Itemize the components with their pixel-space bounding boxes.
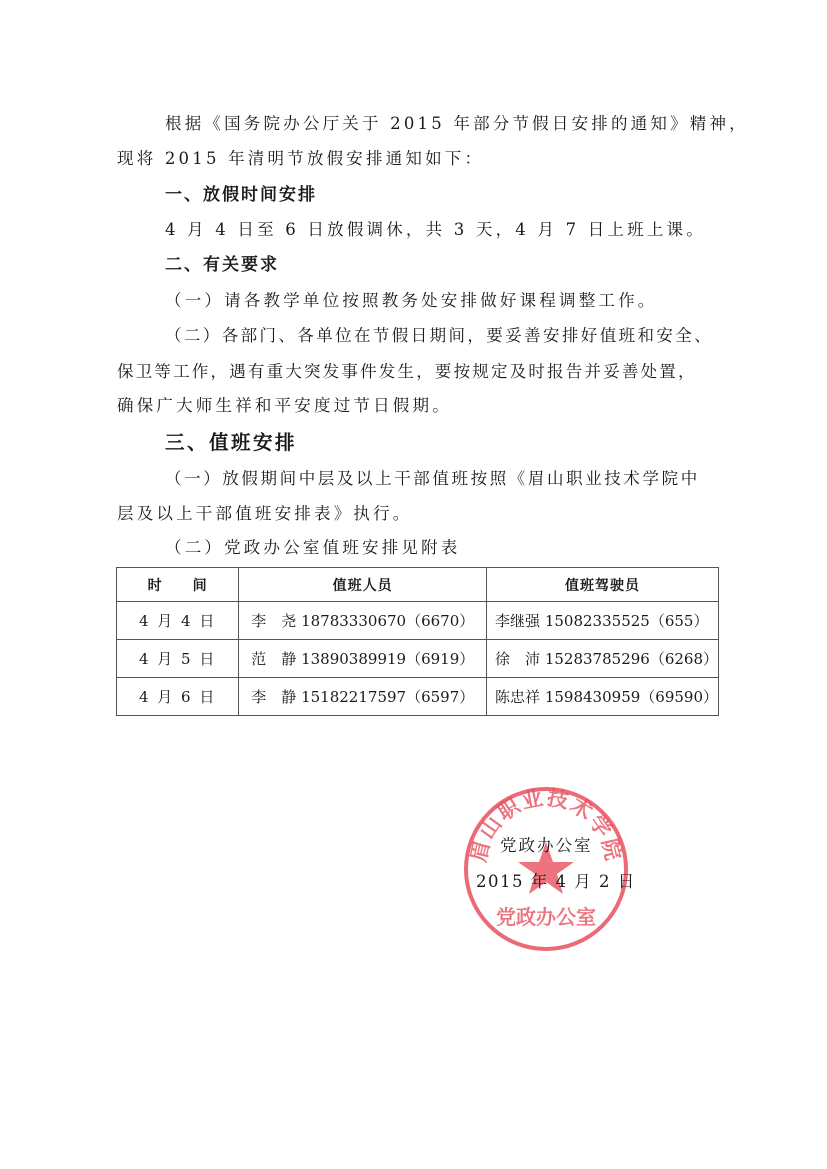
driver-phone: 15082335525（655） (545, 612, 709, 630)
staff-phone: 18783330670（6670） (301, 612, 474, 630)
cell-driver: 陈忠祥 1598430959（69590） (487, 678, 719, 716)
section-2-item-1: （一）请各教学单位按照教务处安排做好课程调整工作。 (165, 287, 658, 311)
signature-date: 2015 年 4 月 2 日 (476, 868, 636, 892)
section-3-item-1-line-1: （一）放假期间中层及以上干部值班按照《眉山职业技术学院中 (165, 465, 700, 489)
cell-date: 4 月 5 日 (117, 640, 239, 678)
cell-staff: 李 静 15182217597（6597） (239, 678, 487, 716)
cell-driver: 徐 沛 15283785296（6268） (487, 640, 719, 678)
intro-line-1: 根据《国务院办公厅关于 2015 年部分节假日安排的通知》精神， (165, 110, 749, 134)
section-1-body: 4 月 4 日至 6 日放假调休，共 3 天，4 月 7 日上班上课。 (165, 216, 706, 240)
driver-name: 徐 沛 (495, 648, 540, 669)
duty-schedule-table: 时 间 值班人员 值班驾驶员 4 月 4 日 李 尧 18783330670（6… (116, 567, 719, 716)
table-row: 4 月 4 日 李 尧 18783330670（6670） 李继强 150823… (117, 602, 719, 640)
section-2-heading: 二、有关要求 (165, 250, 279, 275)
intro-line-2: 现将 2015 年清明节放假安排通知如下： (117, 145, 484, 169)
staff-phone: 13890389919（6919） (301, 650, 474, 668)
cell-driver: 李继强 15082335525（655） (487, 602, 719, 640)
table-header-row: 时 间 值班人员 值班驾驶员 (117, 568, 719, 602)
section-1-heading: 一、放假时间安排 (165, 180, 317, 205)
staff-name: 范 静 (251, 648, 296, 669)
cell-date: 4 月 4 日 (117, 602, 239, 640)
seal-bottom-text: 党政办公室 (496, 905, 596, 929)
cell-date: 4 月 6 日 (117, 678, 239, 716)
table-row: 4 月 5 日 范 静 13890389919（6919） 徐 沛 152837… (117, 640, 719, 678)
driver-phone: 1598430959（69590） (545, 688, 718, 706)
header-driver: 值班驾驶员 (487, 568, 719, 602)
header-date: 时 间 (117, 568, 239, 602)
section-3-heading: 三、值班安排 (165, 427, 297, 455)
staff-name: 李 尧 (251, 610, 296, 631)
section-2-item-2-line-2: 保卫等工作，遇有重大突发事件发生，要按规定及时报告并妥善处置， (117, 358, 697, 382)
driver-name: 陈忠祥 (495, 686, 540, 707)
staff-name: 李 静 (251, 686, 296, 707)
staff-phone: 15182217597（6597） (301, 688, 474, 706)
cell-staff: 李 尧 18783330670（6670） (239, 602, 487, 640)
cell-staff: 范 静 13890389919（6919） (239, 640, 487, 678)
section-3-item-2: （二）党政办公室值班安排见附表 (165, 534, 461, 558)
driver-name: 李继强 (495, 610, 540, 631)
header-staff: 值班人员 (239, 568, 487, 602)
driver-phone: 15283785296（6268） (545, 650, 718, 668)
section-3-item-1-line-2: 层及以上干部值班安排表》执行。 (117, 500, 413, 524)
section-2-item-2-line-3: 确保广大师生祥和平安度过节日假期。 (117, 392, 452, 416)
signature-office: 党政办公室 (500, 832, 593, 856)
table-row: 4 月 6 日 李 静 15182217597（6597） 陈忠祥 159843… (117, 678, 719, 716)
section-2-item-2-line-1: （二）各部门、各单位在节假日期间，要妥善安排好值班和安全、 (165, 322, 713, 346)
